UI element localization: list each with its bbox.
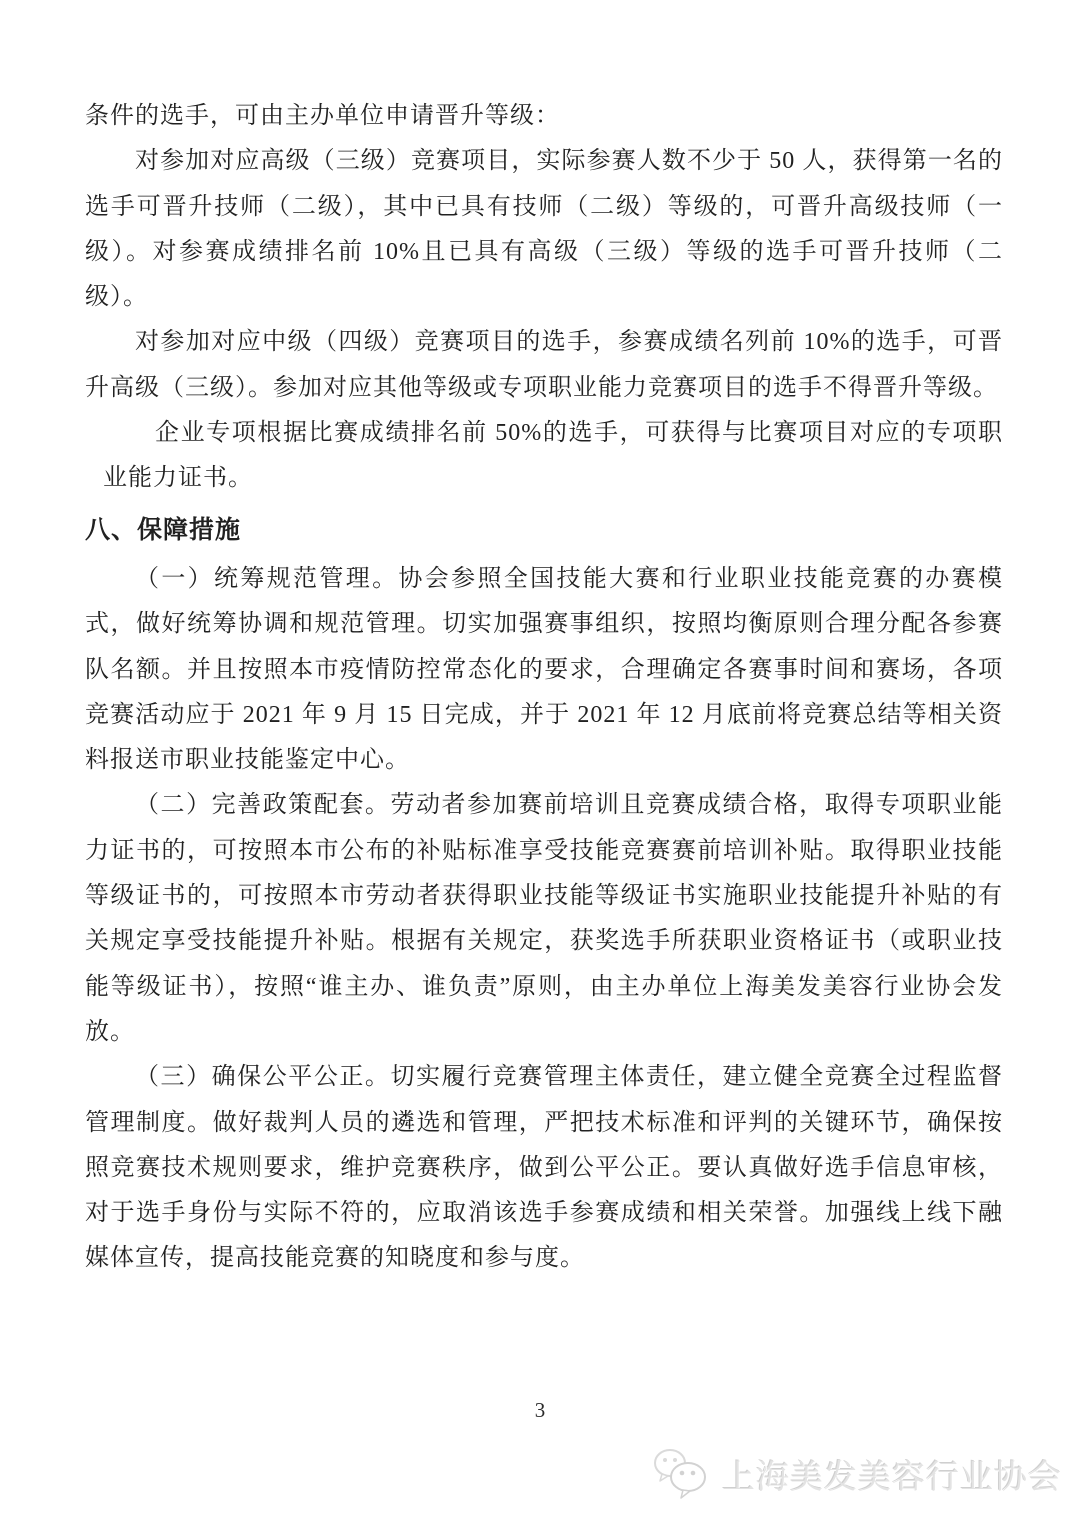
paragraph-senior-level-promotion: 对参加对应高级（三级）竞赛项目，实际参赛人数不少于 50 人，获得第一名的选手可… <box>85 139 1003 320</box>
section-heading-safeguard-measures: 八、保障措施 <box>85 508 1003 553</box>
paragraph-intermediate-level-promotion: 对参加对应中级（四级）竞赛项目的选手，参赛成绩名列前 10%的选手，可晋升高级（… <box>85 320 1003 411</box>
page-number: 3 <box>535 1398 546 1422</box>
paragraph-item-2-policy-support: （二）完善政策配套。劳动者参加赛前培训且竞赛成绩合格，取得专项职业能力证书的，可… <box>85 783 1003 1055</box>
paragraph-item-3-fairness: （三）确保公平公正。切实履行竞赛管理主体责任，建立健全竞赛全过程监督管理制度。做… <box>85 1055 1003 1281</box>
watermark: 上海美发美容行业协会 <box>650 1446 1062 1502</box>
page-footer: 3 <box>0 1398 1080 1423</box>
watermark-text: 上海美发美容行业协会 <box>722 1451 1062 1498</box>
paragraph-promotion-intro-continuation: 条件的选手，可由主办单位申请晋升等级： <box>85 94 1003 139</box>
document-body: 条件的选手，可由主办单位申请晋升等级： 对参加对应高级（三级）竞赛项目，实际参赛… <box>85 94 1003 1282</box>
paragraph-enterprise-certificate: 企业专项根据比赛成绩排名前 50%的选手，可获得与比赛项目对应的专项职业能力证书… <box>85 411 1003 502</box>
wechat-icon <box>650 1446 712 1502</box>
paragraph-item-1-unified-management: （一）统筹规范管理。协会参照全国技能大赛和行业职业技能竞赛的办赛模式，做好统筹协… <box>85 557 1003 783</box>
document-page: 条件的选手，可由主办单位申请晋升等级： 对参加对应高级（三级）竞赛项目，实际参赛… <box>0 0 1080 1527</box>
